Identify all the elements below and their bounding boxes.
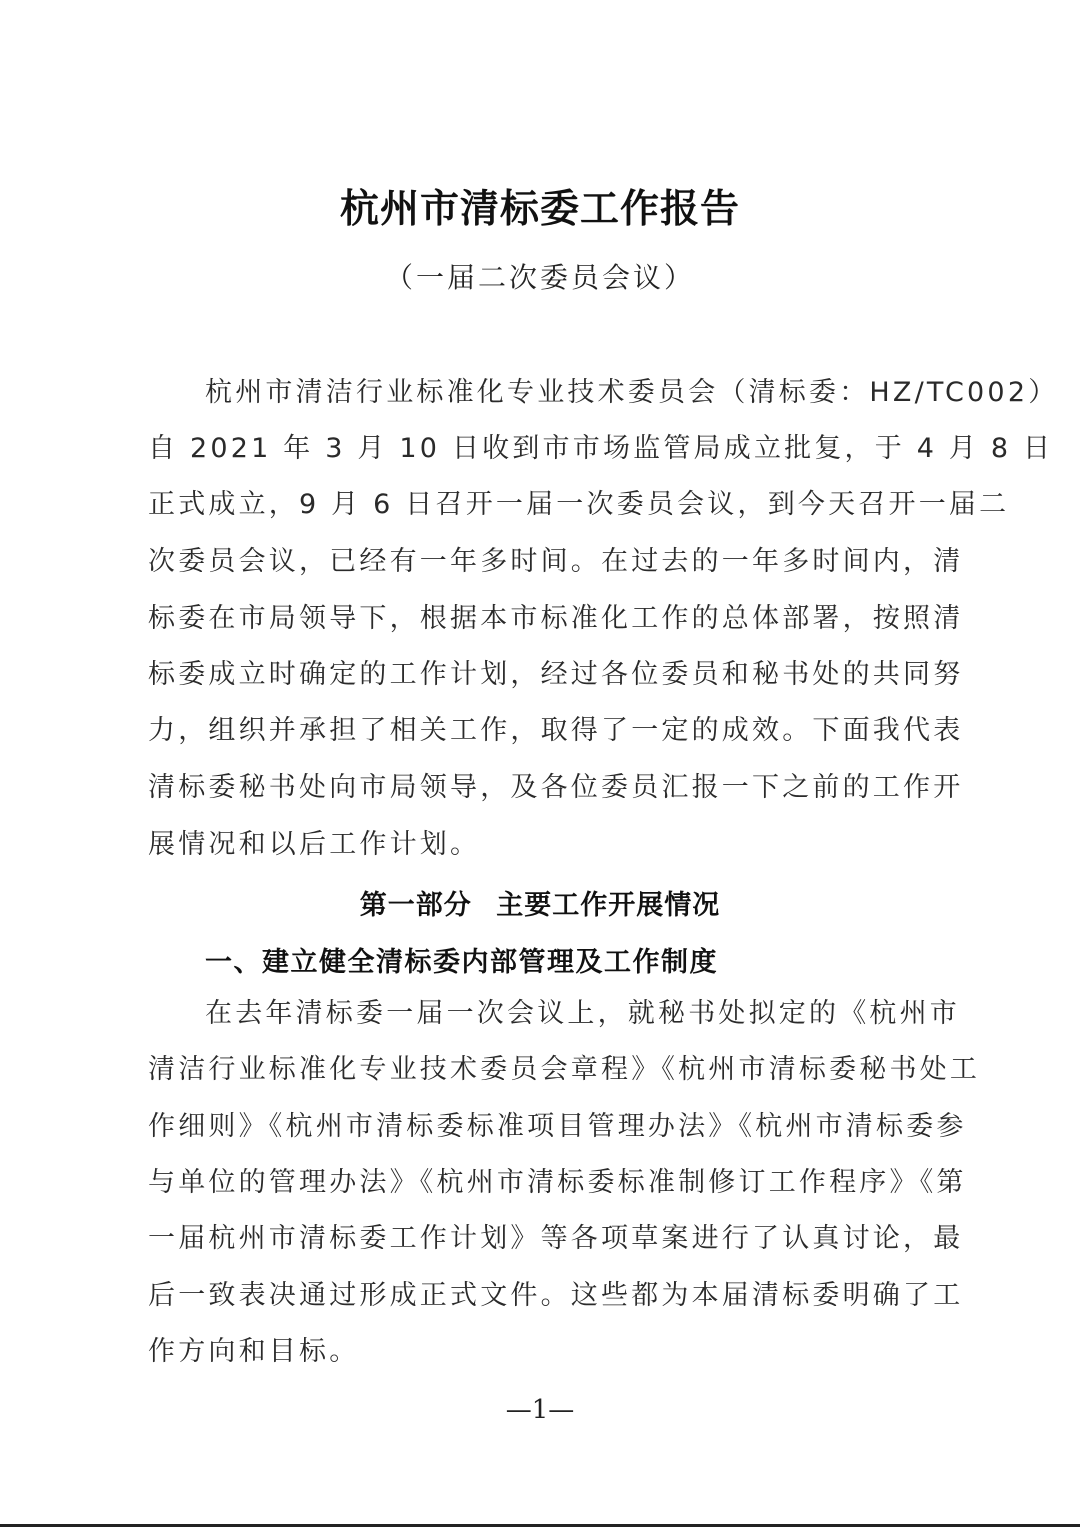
paragraph-line: 展情况和以后工作计划。 — [148, 828, 938, 862]
paragraph-line: 清标委秘书处向市局领导，及各位委员汇报一下之前的工作开 — [148, 771, 938, 805]
paragraph-line: 在去年清标委一届一次会议上，就秘书处拟定的《杭州市 — [205, 997, 940, 1031]
paragraph-line: 次委员会议，已经有一年多时间。在过去的一年多时间内，清 — [148, 545, 938, 579]
page-number: —1— — [0, 1395, 1080, 1425]
paragraph-line: 自 2021 年 3 月 10 日收到市市场监管局成立批复，于 4 月 8 日 — [148, 432, 938, 466]
paragraph-line: 杭州市清洁行业标准化专业技术委员会（清标委：HZ/TC002） — [205, 376, 940, 410]
paragraph-line: 清洁行业标准化专业技术委员会章程》《杭州市清标委秘书处工 — [148, 1053, 938, 1087]
document-title: 杭州市清标委工作报告 — [0, 178, 1080, 234]
paragraph-line: 力，组织并承担了相关工作，取得了一定的成效。下面我代表 — [148, 714, 938, 748]
paragraph-line: 作细则》《杭州市清标委标准项目管理办法》《杭州市清标委参 — [148, 1110, 938, 1144]
document-subtitle: （一届二次委员会议） — [0, 256, 1080, 296]
paragraph-line: 标委成立时确定的工作计划，经过各位委员和秘书处的共同努 — [148, 658, 938, 692]
paragraph-line: 正式成立，9 月 6 日召开一届一次委员会议，到今天召开一届二 — [148, 488, 938, 522]
paragraph-line: 作方向和目标。 — [148, 1335, 938, 1369]
paragraph-line: 一届杭州市清标委工作计划》等各项草案进行了认真讨论，最 — [148, 1222, 938, 1256]
paragraph-line: 后一致表决通过形成正式文件。这些都为本届清标委明确了工 — [148, 1279, 938, 1313]
paragraph-line: 标委在市局领导下，根据本市标准化工作的总体部署，按照清 — [148, 602, 938, 636]
sub-heading: 一、建立健全清标委内部管理及工作制度 — [205, 940, 718, 979]
section-heading: 第一部分 主要工作开展情况 — [0, 883, 1080, 922]
document-page: 杭州市清标委工作报告 （一届二次委员会议） 杭州市清洁行业标准化专业技术委员会（… — [0, 0, 1080, 1527]
paragraph-line: 与单位的管理办法》《杭州市清标委标准制修订工作程序》《第 — [148, 1166, 938, 1200]
